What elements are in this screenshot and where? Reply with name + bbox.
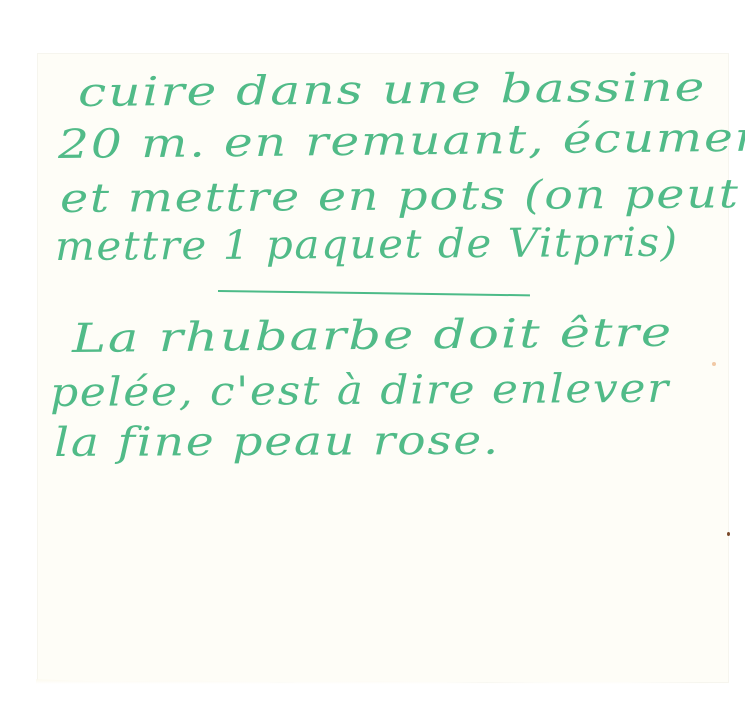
- handwritten-line: la fine peau rose.: [54, 418, 500, 466]
- paper-stain: [712, 362, 716, 366]
- handwritten-line: mettre 1 paquet de Vitpris): [55, 220, 679, 270]
- handwritten-line: cuire dans une bassine: [78, 65, 707, 116]
- paper-speck: [727, 532, 730, 536]
- handwritten-line: 20 m. en remuant, écumer: [58, 115, 745, 168]
- handwritten-line: pelée, c'est à dire enlever: [50, 366, 670, 416]
- handwritten-line: La rhubarbe doit être: [72, 310, 674, 362]
- handwritten-line: et mettre en pots (on peut: [60, 171, 740, 222]
